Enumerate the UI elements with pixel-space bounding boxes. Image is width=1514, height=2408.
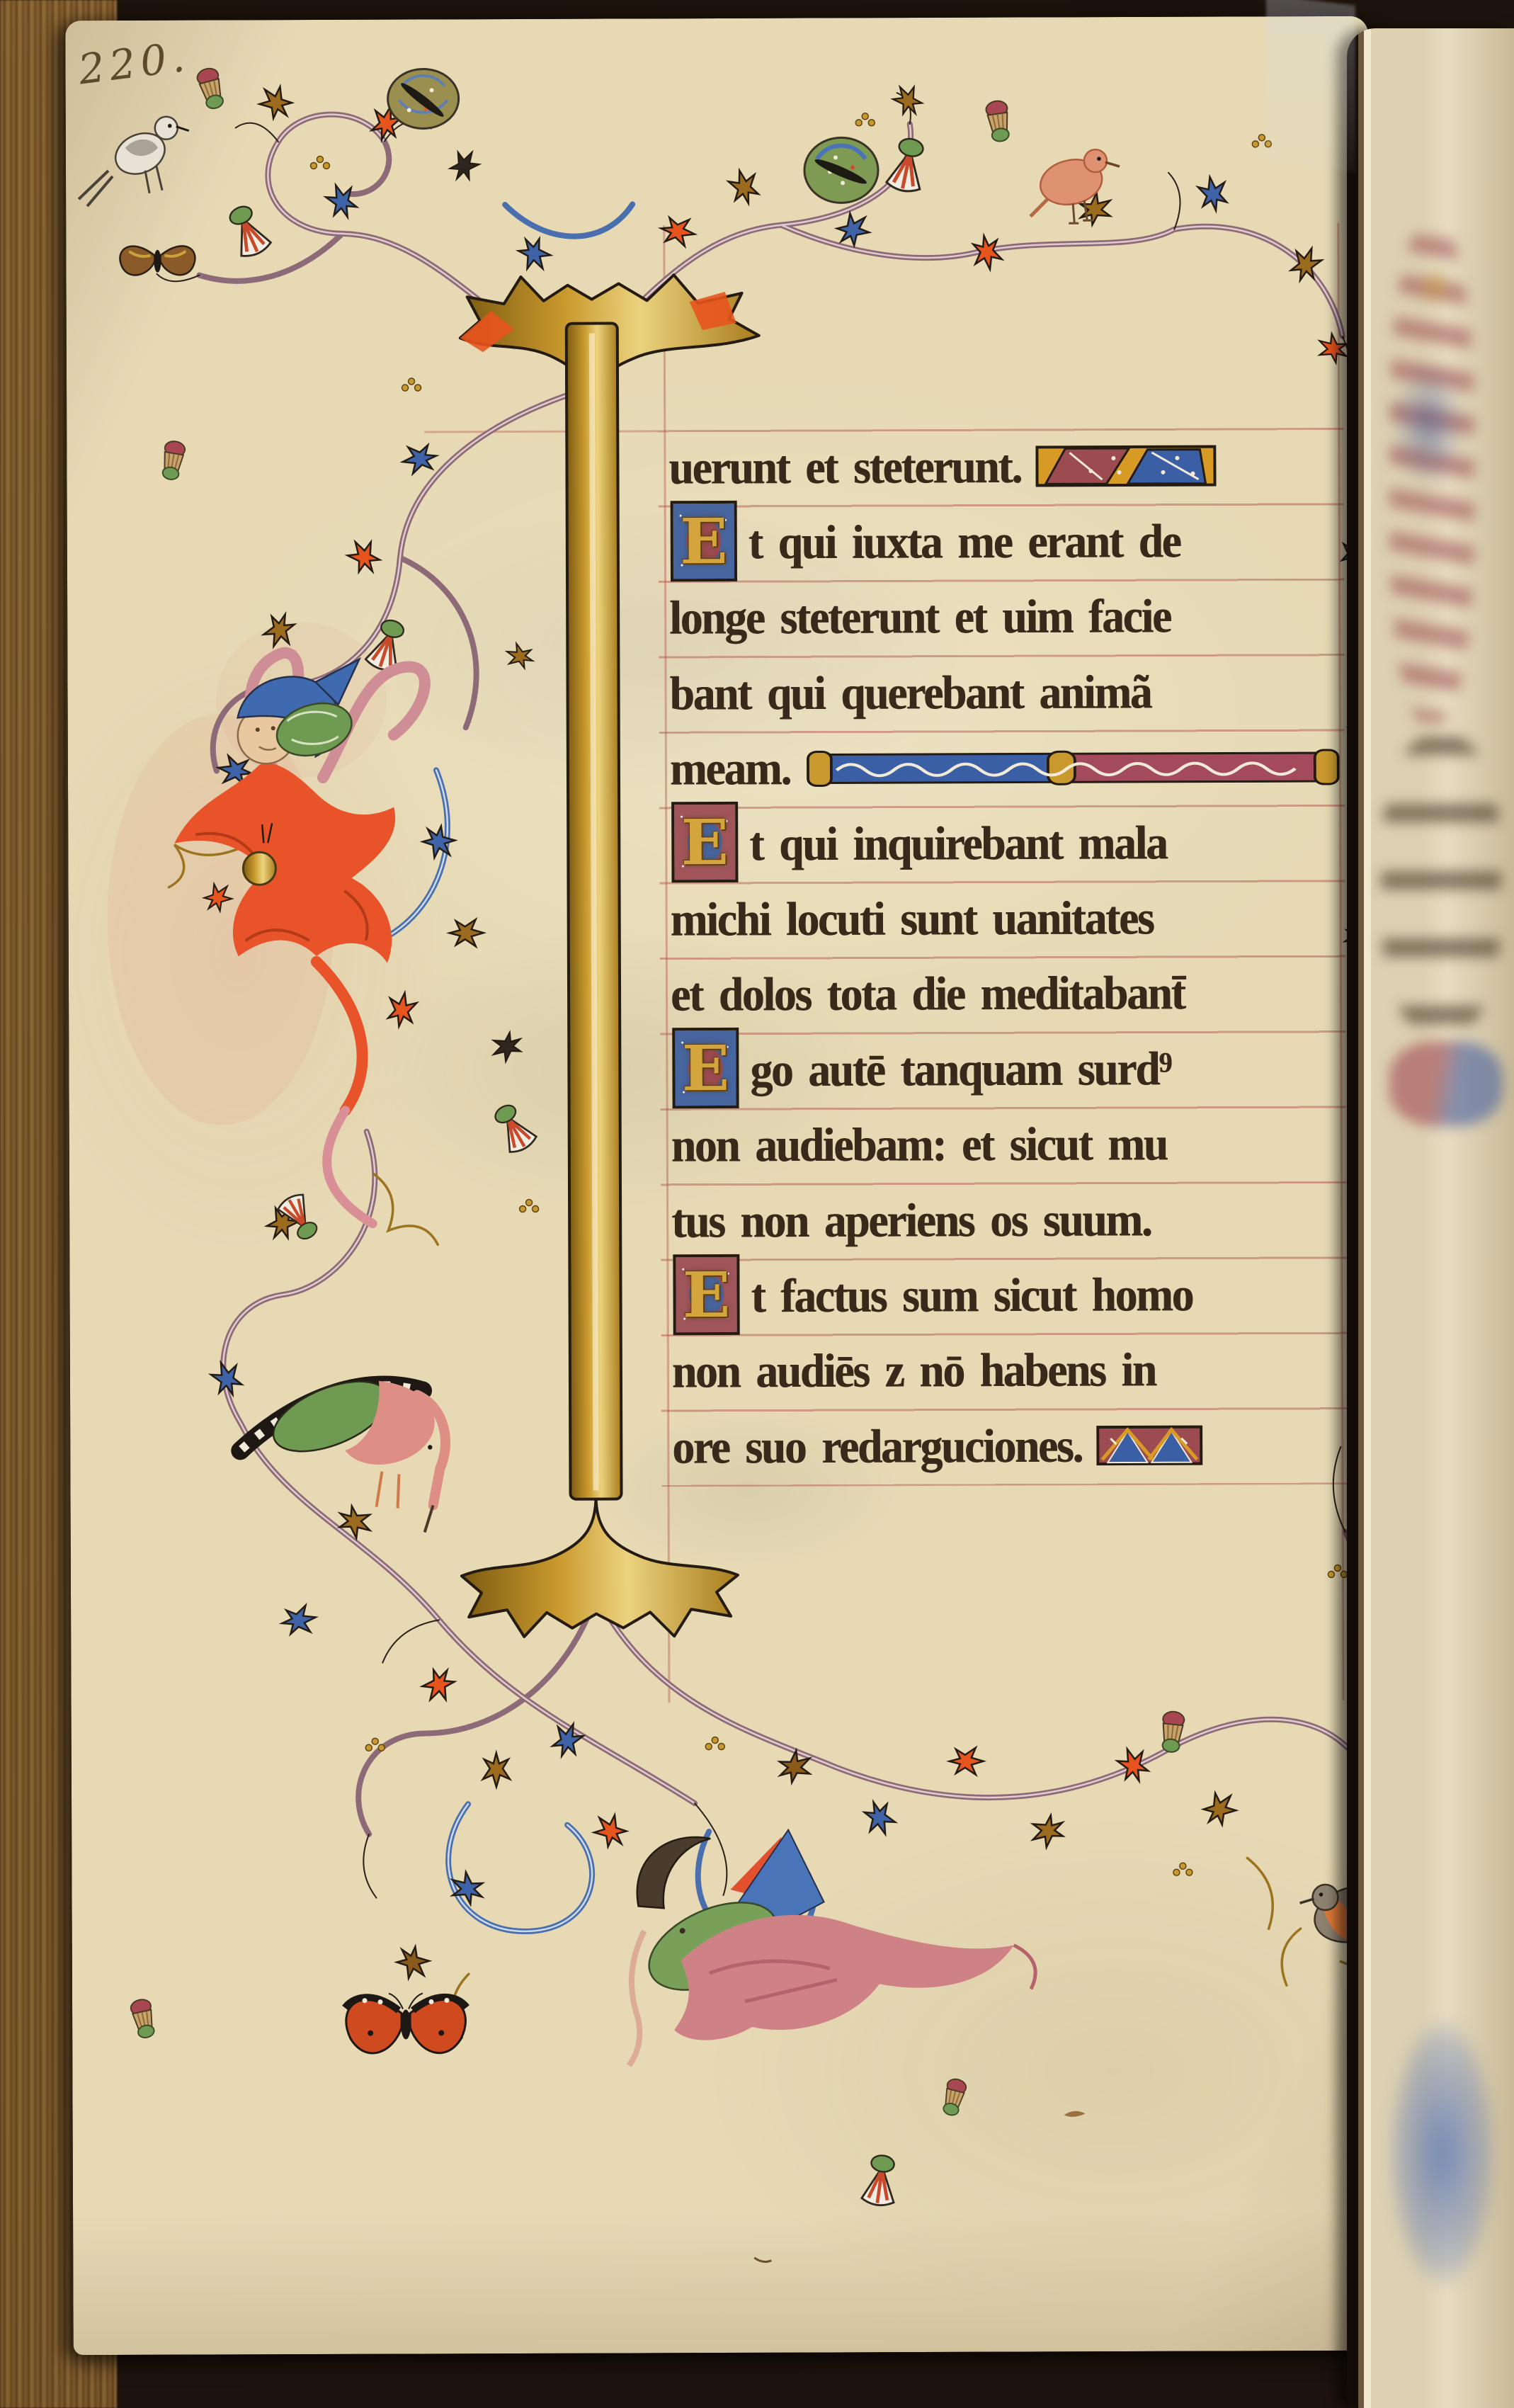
line-filler-chevrons (1096, 1424, 1202, 1467)
line-text: et dolos tota die meditabant̄ (671, 966, 1185, 1023)
photo-backdrop: { "page": { "folio_number": "220.", "lan… (0, 0, 1514, 2408)
thistle (985, 100, 1012, 143)
text-line: non audiebam: et sicut mu (661, 1106, 1346, 1183)
line-filler-bar (804, 747, 1342, 789)
line-text: ore suo redarguciones. (672, 1418, 1082, 1475)
text-line: michi locuti sunt uanitates (660, 880, 1345, 958)
text-line: meam. (659, 729, 1345, 807)
text-line: longe steterunt et uim facie (659, 579, 1344, 657)
blurred-illumination (1368, 1969, 1514, 2337)
gold-moth (387, 69, 458, 128)
glass-glare (1266, 0, 1355, 172)
blurred-gold-dot (1411, 262, 1460, 312)
cornflower (885, 136, 929, 194)
text-line: bant qui querebant animã (659, 654, 1344, 732)
line-text: t qui iuxta me erant de (749, 513, 1180, 570)
line-text: t factus sum sicut homo (751, 1267, 1193, 1324)
red-admiral-butterfly (345, 1993, 467, 2053)
line-text: bant qui querebant animã (669, 664, 1151, 721)
facing-page-fore-edge (1347, 28, 1514, 2408)
text-line: E go autē tanquam surd⁹ (660, 1030, 1345, 1108)
text-block: uerunt et steterunt. E t qui iuxta me er… (658, 428, 1347, 1485)
manuscript-page: 220. (65, 16, 1376, 2355)
human-faced-dragon (173, 652, 426, 1225)
ruling-extension (424, 430, 658, 433)
line-text: non audiebam: et sicut mu (671, 1116, 1167, 1174)
catchword-mark (754, 2258, 771, 2262)
line-filler-triangles (1035, 444, 1216, 489)
illuminated-initial: E (673, 1254, 739, 1334)
hoopoe-bird (240, 1367, 446, 1533)
line-text: michi locuti sunt uanitates (671, 890, 1154, 947)
line-text: longe steterunt et uim facie (669, 589, 1171, 647)
line-text: uerunt et steterunt. (668, 439, 1021, 496)
illuminated-initial: E (671, 501, 737, 581)
text-line: E t qui iuxta me erant de (659, 503, 1344, 581)
illuminated-initial: E (671, 802, 738, 882)
blurred-text-lines (1381, 737, 1501, 1034)
blue-green-moth (804, 137, 878, 203)
pink-winged-dragon-bird (628, 1829, 1035, 2065)
line-text: non audiēs z nō habens in (672, 1343, 1156, 1399)
line-text: t qui inquirebant mala (749, 815, 1167, 872)
brown-butterfly (120, 246, 195, 275)
salmon-bird (1030, 149, 1120, 223)
blurred-line-filler (1389, 1041, 1503, 1126)
line-text: tus non aperiens os suum. (671, 1192, 1151, 1249)
text-line: et dolos tota die meditabant̄ (660, 955, 1345, 1033)
text-line: uerunt et steterunt. (658, 428, 1343, 506)
text-line: non audiēs z nō habens in (661, 1332, 1347, 1410)
white-bird (79, 117, 189, 207)
folio-number: 220. (76, 32, 192, 93)
line-text: go autē tanquam surd⁹ (750, 1041, 1171, 1098)
text-line: E t qui inquirebant mala (659, 805, 1345, 882)
text-line: E t factus sum sicut homo (661, 1256, 1346, 1334)
blurred-vine (1375, 333, 1481, 517)
text-line: ore suo redarguciones. (661, 1407, 1347, 1485)
line-text: meam. (670, 741, 790, 797)
text-line: tus non aperiens os suum. (661, 1181, 1346, 1259)
illuminated-initial: E (672, 1028, 739, 1108)
